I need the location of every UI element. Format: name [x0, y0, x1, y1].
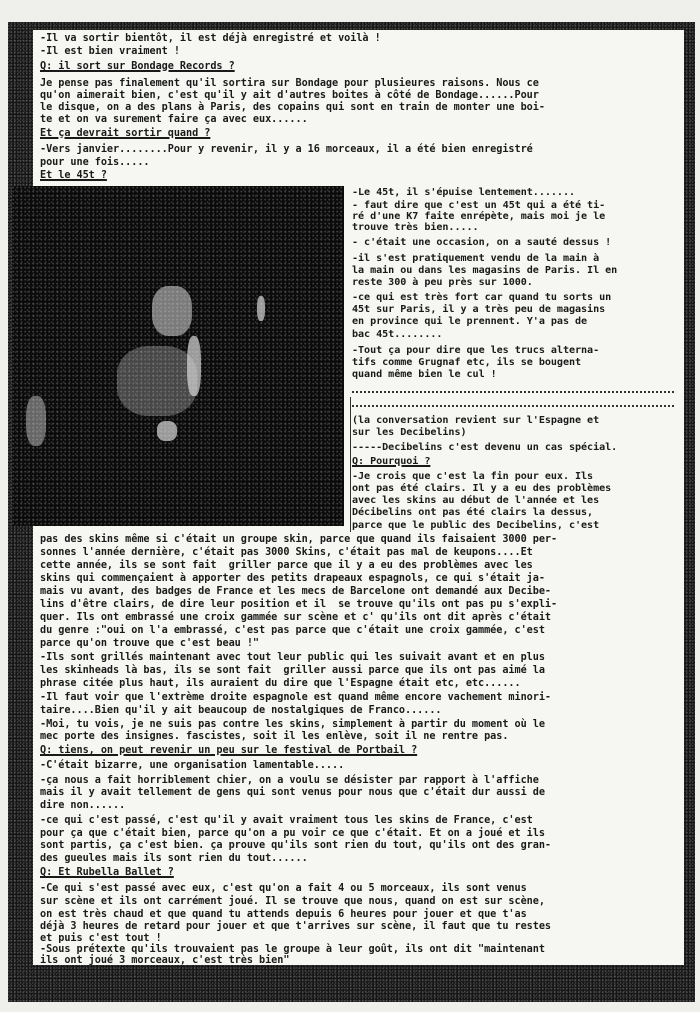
interview-answer: on est très chaud et que quand tu attend… [40, 909, 527, 920]
interview-answer: mec porte des insignes. fascistes, soit … [40, 731, 508, 742]
interview-answer: -Ce qui s'est passé avec eux, c'est qu'o… [40, 883, 527, 894]
interview-answer: phrase citée plus haut, ils auraient du … [40, 678, 521, 689]
interview-answer: - faut dire que c'est un 45t qui a été t… [352, 200, 605, 211]
interview-answer: déjà 3 heures de retard pour jouer et qu… [40, 921, 551, 932]
interview-answer: -ce qui c'est passé, c'est qu'il y avait… [40, 815, 533, 826]
interview-answer: -Moi, tu vois, je ne suis pas contre les… [40, 719, 545, 730]
photo-figure-arm [187, 336, 201, 396]
interview-answer: sur scène et ils ont carrément joué. Il … [40, 896, 545, 907]
editor-note: (la conversation revient sur l'Espagne e… [352, 415, 599, 426]
interview-answer: -Il va sortir bientôt, il est déjà enreg… [40, 33, 381, 44]
dotted-separator [352, 405, 674, 407]
interview-answer: dire non...... [40, 800, 125, 811]
photo-figure-head [152, 286, 192, 336]
interview-answer: parce qu'on trouve que c'est beau !" [40, 638, 259, 649]
interview-answer: te et on va surement faire ça avec eux..… [40, 114, 308, 125]
interview-answer: -Il faut voir que l'extrème droite espag… [40, 692, 551, 703]
interview-answer: -ce qui est très fort car quand tu sorts… [352, 292, 611, 303]
interview-answer: le disque, on a des plans à Paris, des c… [40, 102, 545, 113]
photo-figure-hand [157, 421, 177, 441]
interview-answer: ré d'une K7 faite enrépète, mais moi je … [352, 211, 605, 222]
interview-answer: -Ils sont grillés maintenant avec tout l… [40, 652, 545, 663]
interview-answer: des gueules mais ils sont rien du tout..… [40, 853, 308, 864]
interview-answer: Décibelins ont pas été clairs la dessus, [352, 507, 593, 518]
interview-answer: ont pas été clairs. Il y a eu des problè… [352, 483, 611, 494]
interview-answer: -ça nous a fait horriblement chier, on a… [40, 775, 539, 786]
interview-answer: 45t sur Paris, il y a très peu de magasi… [352, 304, 605, 315]
editor-note: sur les Decibelins) [352, 427, 467, 438]
photo-figure-light [257, 296, 265, 321]
interview-question: Q: tiens, on peut revenir un peu sur le … [40, 745, 417, 756]
interview-answer: tifs comme Grugnaf etc, ils se bougent [352, 357, 581, 368]
interview-answer: -Vers janvier........Pour y revenir, il … [40, 144, 533, 155]
photo-figure-sweater [117, 346, 197, 416]
interview-answer: -Je crois que c'est la fin pour eux. Ils [352, 471, 593, 482]
interview-answer: parce que le public des Decibelins, c'es… [352, 520, 599, 531]
interview-question: Et le 45t ? [40, 170, 107, 181]
interview-answer: quer. Ils ont embrassé une croix gammée … [40, 612, 551, 623]
interview-answer: sont partis, ça c'est bien. ça prouve qu… [40, 840, 551, 851]
interview-answer: cette année, ils se sont fait griller pa… [40, 560, 533, 571]
interview-answer: -Tout ça pour dire que les trucs alterna… [352, 345, 599, 356]
column-rule [350, 397, 351, 532]
photo-figure-left [26, 396, 46, 446]
interview-question: Et ça devrait sortir quand ? [40, 128, 210, 139]
interview-answer: -C'était bizarre, une organisation lamen… [40, 760, 344, 771]
interview-answer: Je pense pas finalement qu'il sortira su… [40, 78, 539, 89]
interview-answer: -il s'est pratiquement vendu de la main … [352, 253, 599, 264]
interview-answer: qu'on aimerait bien, c'est qu'il y ait d… [40, 90, 539, 101]
interview-answer: et puis c'est tout ! [40, 933, 162, 944]
interview-answer: -----Decibelins c'est devenu un cas spéc… [352, 442, 617, 453]
interview-answer: mais vu avant, des badges de France et l… [40, 586, 551, 597]
interview-answer: trouve très bien..... [352, 222, 479, 233]
interview-answer: -Sous prétexte qu'ils trouvaient pas le … [40, 944, 545, 955]
interview-answer: lins d'être clairs, de dire leur positio… [40, 599, 557, 610]
interview-answer: la main ou dans les magasins de Paris. I… [352, 265, 617, 276]
interview-answer: du genre :"oui on l'a embrassé, c'est pa… [40, 625, 545, 636]
interview-answer: pour une fois..... [40, 157, 150, 168]
interview-answer: skins qui commençaient à apporter des pe… [40, 573, 545, 584]
interview-answer: - c'était une occasion, on a sauté dessu… [352, 237, 611, 248]
interview-answer: en province qui le prennent. Y'a pas de [352, 316, 587, 327]
interview-answer: ils ont joué 3 morceaux, c'est très bien… [40, 955, 289, 966]
interview-answer: bac 45t........ [352, 329, 442, 340]
interview-answer: sonnes l'année dernière, c'était pas 300… [40, 547, 533, 558]
interview-question: Q: Et Rubella Ballet ? [40, 867, 174, 878]
concert-photo [12, 186, 344, 526]
interview-answer: pour ça que c'était bien, parce qu'on a … [40, 828, 545, 839]
interview-answer: quand même bien le cul ! [352, 369, 497, 380]
interview-answer: pas des skins même si c'était un groupe … [40, 534, 557, 545]
interview-answer: mais il y avait tellement de gens qui so… [40, 787, 545, 798]
interview-question: Q: il sort sur Bondage Records ? [40, 61, 235, 72]
interview-question: Q: Pourquoi ? [352, 456, 430, 467]
interview-answer: taire....Bien qu'il y ait beaucoup de no… [40, 705, 442, 716]
interview-answer: reste 300 à peu près sur 1000. [352, 277, 533, 288]
dotted-separator [352, 391, 674, 393]
interview-answer: -Il est bien vraiment ! [40, 46, 180, 57]
interview-answer: les skinheads là bas, ils se sont fait g… [40, 665, 545, 676]
interview-answer: avec les skins au début de l'année et le… [352, 495, 599, 506]
interview-answer: -Le 45t, il s'épuise lentement....... [352, 187, 575, 198]
